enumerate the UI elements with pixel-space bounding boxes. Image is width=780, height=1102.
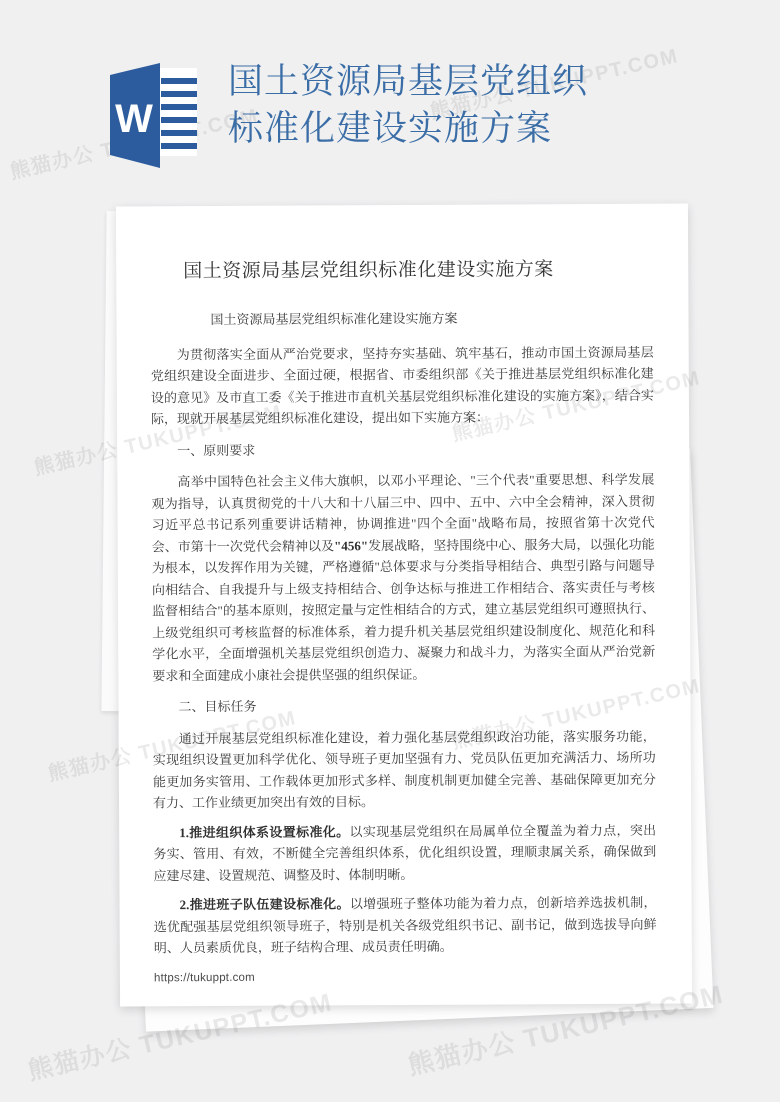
page-title-line1: 国土资源局基层党组织 [228,58,588,105]
header: W 国土资源局基层党组织 标准化建设实施方案 [0,0,780,190]
page-title-line2: 标准化建设实施方案 [228,105,588,152]
document-page: 国土资源局基层党组织标准化建设实施方案 国土资源局基层党组织标准化建设实施方案 … [116,204,692,1007]
doc-section-heading: 二、目标任务 [152,694,655,718]
doc-section-para: 为贯彻落实全面从严治党要求，坚持夯实基础、筑牢基石，推动市国土资源局基层党组织建… [151,341,654,430]
document-title: 国土资源局基层党组织标准化建设实施方案 [183,256,653,285]
word-icon-letter: W [115,97,153,141]
doc-section-heading: 一、原则要求 [151,437,654,461]
footer-link[interactable]: https://tukuppt.com [154,972,255,985]
doc-section-item: 2.推进班子队伍建设标准化。以增强班子整体功能为着力点，创新培养选拔机制，选优配… [154,892,657,959]
doc-section-item: 1.推进组织体系设置标准化。以实现基层党组织在局属单位全覆盖为着力点，突出务实、… [153,819,656,886]
word-file-icon: W [103,60,199,170]
page-title: 国土资源局基层党组织 标准化建设实施方案 [228,58,588,152]
document-subtitle: 国土资源局基层党组织标准化建设实施方案 [210,307,653,331]
doc-section-para: 高举中国特色社会主义伟大旗帜，以邓小平理论、"三个代表"重要思想、科学发展观为指… [151,469,655,687]
document-body: 国土资源局基层党组织标准化建设实施方案 国土资源局基层党组织标准化建设实施方案 … [116,204,692,961]
doc-section-para: 通过开展基层党组织标准化建设，着力强化基层党组织政治功能，落实服务功能，实现组织… [153,725,656,814]
